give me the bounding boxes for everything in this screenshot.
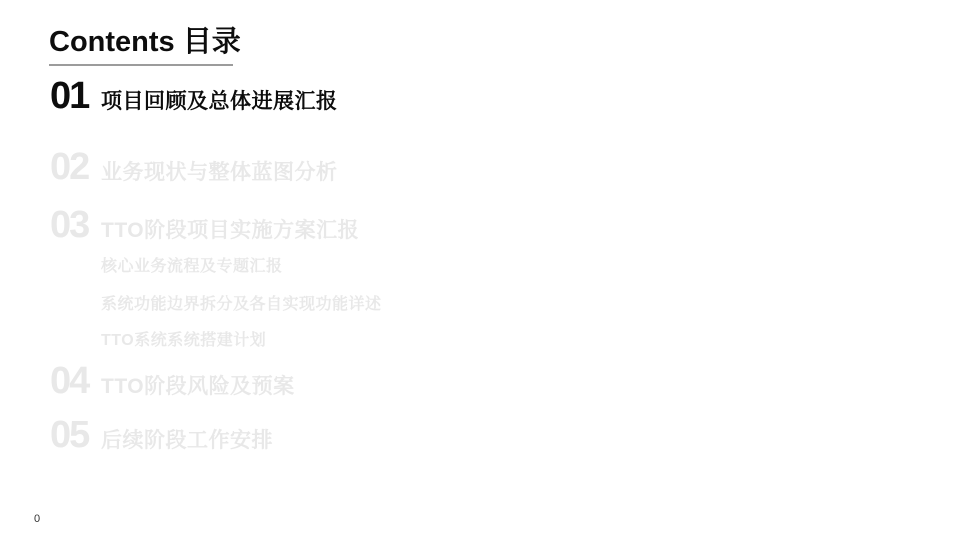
toc-item-number: 03	[50, 206, 101, 244]
toc-item-label: 后续阶段工作安排	[101, 430, 273, 451]
toc-item-number: 01	[50, 77, 101, 115]
toc-item-label: TTO阶段风险及预案	[101, 376, 295, 397]
contents-slide: Contents 目录 01 项目回顾及总体进展汇报 02 业务现状与整体蓝图分…	[0, 0, 960, 540]
toc-item-number: 04	[50, 362, 101, 400]
toc-item-04[interactable]: 04 TTO阶段风险及预案	[50, 362, 295, 400]
toc-subitem-core-process[interactable]: 核心业务流程及专题汇报	[101, 257, 283, 276]
toc-item-02[interactable]: 02 业务现状与整体蓝图分析	[50, 148, 338, 186]
toc-item-number: 02	[50, 148, 101, 186]
toc-item-label: TTO阶段项目实施方案汇报	[101, 220, 359, 241]
toc-subitem-tto-build-plan[interactable]: TTO系统系统搭建计划	[101, 331, 266, 350]
page-title: Contents 目录	[49, 28, 241, 57]
toc-item-label: 项目回顾及总体进展汇报	[101, 91, 338, 112]
toc-item-01[interactable]: 01 项目回顾及总体进展汇报	[50, 77, 338, 115]
toc-item-05[interactable]: 05 后续阶段工作安排	[50, 416, 273, 454]
toc-item-label: 业务现状与整体蓝图分析	[101, 162, 338, 183]
toc-subitem-system-boundary[interactable]: 系统功能边界拆分及各自实现功能详述	[101, 295, 382, 314]
title-underline	[49, 64, 233, 66]
toc-item-number: 05	[50, 416, 101, 454]
page-number: 0	[34, 514, 40, 525]
toc-item-03[interactable]: 03 TTO阶段项目实施方案汇报	[50, 206, 359, 244]
